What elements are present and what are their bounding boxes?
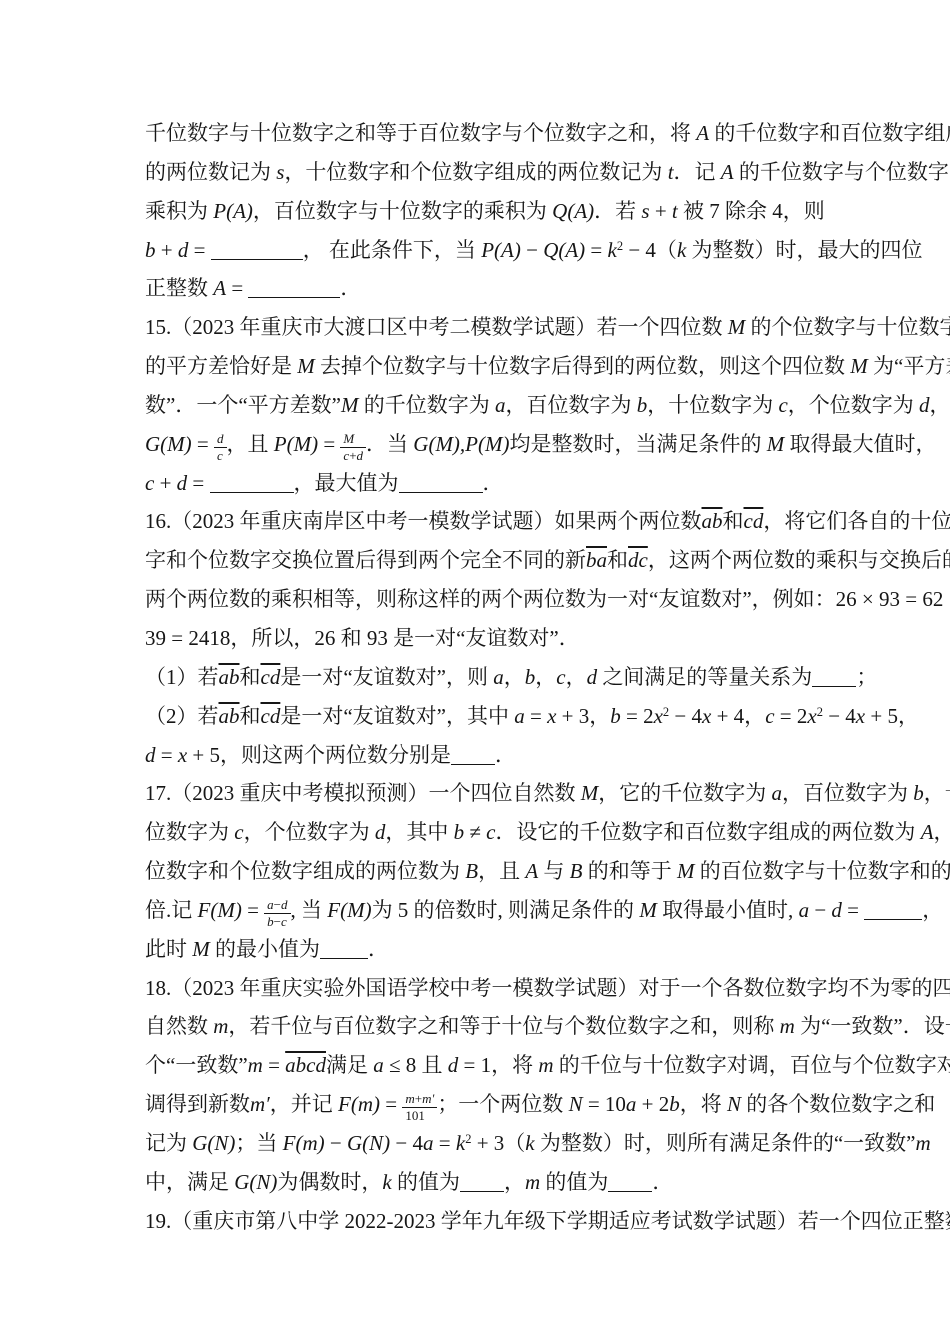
math-variable: m [213, 1014, 228, 1038]
text-run: = [585, 238, 607, 262]
text-run: 数”．一个“平方差数” [145, 393, 341, 417]
text-run: − [274, 897, 281, 912]
text-run: ，百位数字为 [782, 781, 913, 805]
fraction: dc [214, 432, 227, 463]
answer-blank [399, 488, 483, 493]
text-run: 的值为 [540, 1170, 608, 1194]
text-run: = 1，将 [458, 1053, 538, 1077]
text-run: + [349, 448, 356, 463]
math-variable: P(A) [481, 238, 521, 262]
math-variable: m [248, 1053, 263, 1077]
text-run: − 4 [669, 704, 702, 728]
p14-line4: b + d = ， 在此条件下，当 P(A) − Q(A) = k2 − 4（k… [145, 231, 813, 270]
math-variable: a [799, 898, 810, 922]
math-variable: c [778, 393, 787, 417]
math-variable: c [145, 471, 154, 495]
math-variable: m [405, 1091, 414, 1106]
text-run: 为整数）时，则所有满足条件的“一致数” [535, 1131, 916, 1155]
text-run: 15.（2023 年重庆市大渡口区中考二模数学试题）若一个四位数 [145, 315, 728, 339]
text-run: 的各个数位数字之和 [741, 1092, 935, 1116]
overline-number: ab [702, 509, 723, 533]
math-variable: dc [628, 548, 648, 572]
text-run: 为“平方差 [868, 354, 950, 378]
fraction-numerator: M [340, 432, 366, 447]
text-run: 字和个位数字交换位置后得到两个完全不同的新 [145, 548, 586, 572]
text-run: ． [495, 743, 516, 767]
math-variable: F(M) [198, 898, 242, 922]
math-variable: A [213, 276, 226, 300]
fraction: m+m′101 [402, 1092, 437, 1123]
text-run: 之间满足的等量关系为 [597, 665, 812, 689]
text-run: = [318, 432, 340, 456]
text-run: + [156, 238, 178, 262]
math-variable: k [525, 1131, 534, 1155]
overline-number: cd [261, 665, 281, 689]
text-run: ，将它们各自的十位数 [763, 509, 950, 533]
text-run: 调得到新数 [145, 1092, 250, 1116]
text-run: − 4（ [623, 238, 677, 262]
math-variable: cd [261, 704, 281, 728]
text-run: 为“一致数”．设一 [795, 1014, 950, 1038]
math-variable: c [281, 914, 287, 929]
math-variable: a [493, 665, 504, 689]
p18-line4: 调得到新数m′，并记 F(m) = m+m′101；一个两位数 N = 10a … [145, 1085, 813, 1124]
math-variable: N [727, 1092, 741, 1116]
math-variable: d [178, 238, 189, 262]
math-variable: Q(A) [552, 199, 594, 223]
math-variable: ab [702, 509, 723, 533]
math-variable: x [807, 704, 816, 728]
math-variable: P(A) [213, 199, 253, 223]
text-run: = 10 [583, 1092, 626, 1116]
text-run: + 5， [865, 704, 919, 728]
text-run: 和 [240, 704, 261, 728]
text-run: ， [504, 665, 525, 689]
math-variable: d [375, 820, 386, 844]
math-variable: G(N) [192, 1131, 235, 1155]
math-variable: B [465, 859, 478, 883]
text-run: + 5，则这两个两位数分别是 [187, 743, 451, 767]
fraction-denominator: 101 [402, 1107, 437, 1123]
math-variable: k [608, 238, 617, 262]
math-variable: b [637, 393, 648, 417]
text-run: ，十 [924, 781, 950, 805]
math-variable: x [856, 704, 865, 728]
text-run: 为整数）时，最大的四位 [686, 238, 922, 262]
math-variable: A [525, 859, 538, 883]
math-variable: c [234, 820, 243, 844]
text-run: , 当 [291, 898, 328, 922]
math-variable: d [177, 471, 188, 495]
overline-number: cd [744, 509, 764, 533]
math-variable: d [145, 743, 156, 767]
text-run: ，且 [227, 432, 274, 456]
text-run: 17.（2023 重庆中考模拟预测）一个四位自然数 [145, 781, 581, 805]
p14-line2: 的两位数记为 s，十位数字和个位数字组成的两位数记为 t．记 A 的千位数字与个… [145, 153, 813, 192]
math-variable: F(m) [338, 1092, 380, 1116]
math-variable: abcd [285, 1053, 326, 1077]
math-variable: cd [744, 509, 764, 533]
p16-line3: 两个两位数的乘积相等，则称这样的两个两位数为一对“友谊数对”，例如：26 × 9… [145, 580, 813, 619]
math-variable: A [721, 160, 734, 184]
text-run: ，且 [478, 859, 525, 883]
math-variable: G(M),P(M) [413, 432, 509, 456]
text-run: ≤ 8 且 [384, 1053, 448, 1077]
math-variable: B [570, 859, 583, 883]
p15-line5: c + d = ，最大值为． [145, 464, 813, 503]
math-variable: x [178, 743, 187, 767]
p16-part2-line2: d = x + 5，则这两个两位数分别是． [145, 736, 813, 775]
text-run: 位数字为 [145, 820, 234, 844]
text-run: − [274, 914, 281, 929]
document-body: 千位数字与十位数字之和等于百位数字与个位数字之和，将 A 的千位数字和百位数字组… [145, 114, 813, 1240]
text-run: = [156, 743, 178, 767]
text-run: − 4 [823, 704, 856, 728]
text-run: + [154, 471, 176, 495]
text-run: ， [566, 665, 587, 689]
math-variable: M [192, 937, 210, 961]
fraction-numerator: d [214, 432, 227, 447]
text-run: = 2 [775, 704, 808, 728]
text-run: ． [368, 937, 389, 961]
text-run: ，它的千位数字为 [598, 781, 771, 805]
text-run: = [263, 1053, 285, 1077]
math-variable: x [547, 704, 556, 728]
text-run: ，十位数字为 [647, 393, 778, 417]
text-run: 和 [240, 665, 261, 689]
text-run: 的和等于 [582, 859, 677, 883]
text-run: ．当 [366, 432, 413, 456]
math-variable: a [423, 1131, 434, 1155]
text-run: 个“一致数” [145, 1053, 248, 1077]
text-run: 乘积为 [145, 199, 213, 223]
text-run: = [242, 898, 264, 922]
text-run: ，个位数字为 [788, 393, 919, 417]
math-variable: m′ [422, 1091, 434, 1106]
text-run: ，并记 [270, 1092, 338, 1116]
math-variable: N [569, 1092, 583, 1116]
text-run: 正整数 [145, 276, 213, 300]
math-variable: b [525, 665, 536, 689]
answer-blank [460, 1187, 504, 1192]
fraction-numerator: m+m′ [402, 1092, 437, 1107]
math-variable: P(M) [274, 432, 318, 456]
math-variable: M [343, 431, 354, 446]
p19-line1: 19.（重庆市第八中学 2022-2023 学年九年级下学期适应考试数学试题）若… [145, 1202, 813, 1241]
math-variable: a [626, 1092, 637, 1116]
text-run: 被 7 除余 4，则 [678, 199, 825, 223]
text-run: 的千位数字为 [358, 393, 495, 417]
text-run: − [521, 238, 543, 262]
math-variable: F(m) [283, 1131, 325, 1155]
fraction-denominator: c+d [340, 447, 366, 463]
answer-blank [211, 255, 303, 260]
text-run: 千位数字与十位数字之和等于百位数字与个位数字之和，将 [145, 121, 696, 145]
math-variable: ab [219, 704, 240, 728]
text-run: 18.（2023 年重庆实验外国语学校中考一模数学试题）对于一个各数位数字均不为… [145, 976, 950, 1000]
p15-line3: 数”．一个“平方差数”M 的千位数字为 a，百位数字为 b，十位数字为 c，个位… [145, 386, 813, 425]
answer-blank [248, 293, 340, 298]
p16-line2: 字和个位数字交换位置后得到两个完全不同的新ba和dc，这两个两位数的乘积与交换后… [145, 541, 813, 580]
fraction: a−db−c [264, 898, 290, 929]
math-variable: A [921, 820, 934, 844]
text-run: 的个位数字与十位数字 [745, 315, 950, 339]
text-run: ，百位数字与十位数字的乘积为 [253, 199, 552, 223]
math-variable: s [641, 199, 649, 223]
math-variable: b [913, 781, 924, 805]
p18-line3: 个“一致数”m = abcd满足 a ≤ 8 且 d = 1，将 m 的千位与十… [145, 1046, 813, 1085]
math-variable: k [456, 1131, 465, 1155]
p18-line5: 记为 G(N)；当 F(m) − G(N) − 4a = k2 + 3（k 为整… [145, 1124, 813, 1163]
math-variable: m [538, 1053, 553, 1077]
math-variable: M [341, 393, 359, 417]
text-run: （1）若 [145, 665, 219, 689]
p16-line4: 39 = 2418，所以，26 和 93 是一对“友谊数对”． [145, 619, 813, 658]
text-run: 取得最小值时, [657, 898, 799, 922]
math-variable: Q(A) [543, 238, 585, 262]
math-variable: m [525, 1170, 540, 1194]
fraction-denominator: b−c [264, 913, 290, 929]
math-variable: G(M) [145, 432, 192, 456]
text-run: 的千位数字和百位数字组成 [709, 121, 950, 145]
answer-blank [864, 915, 922, 920]
text-run: ．若 [594, 199, 641, 223]
p14-line3: 乘积为 P(A)，百位数字与十位数字的乘积为 Q(A)．若 s + t 被 7 … [145, 192, 813, 231]
text-run: 与 [538, 859, 570, 883]
answer-blank [812, 682, 856, 687]
math-variable: m [916, 1131, 931, 1155]
math-variable: c [217, 448, 223, 463]
p16-line1: 16.（2023 年重庆南岸区中考一模数学试题）如果两个两位数ab和cd，将它们… [145, 502, 813, 541]
math-variable: k [677, 238, 686, 262]
p17-line4: 倍.记 F(M) = a−db−c, 当 F(M)为 5 的倍数时, 则满足条件… [145, 891, 813, 930]
text-run: + 3（ [471, 1131, 525, 1155]
text-run: = [187, 471, 209, 495]
text-run: − 4 [390, 1131, 423, 1155]
overline-number: ba [586, 548, 607, 572]
text-run: = [525, 704, 547, 728]
math-variable: a [514, 704, 525, 728]
text-run: 的千位与十位数字对调，百位与个位数字对 [554, 1053, 950, 1077]
text-run: ，记 [930, 393, 950, 417]
math-variable: b [669, 1092, 680, 1116]
text-run: 自然数 [145, 1014, 213, 1038]
text-run: ．设它的千位数字和百位数字组成的两位数为 [495, 820, 920, 844]
math-variable: a [495, 393, 506, 417]
text-run: ，这两个两位数的乘积与交换后的 [648, 548, 950, 572]
math-variable: c [556, 665, 565, 689]
text-run: 满足 [326, 1053, 373, 1077]
fraction: Mc+d [340, 432, 366, 463]
text-run: 的值为 [392, 1170, 460, 1194]
text-run: 此时 [145, 937, 192, 961]
math-variable: M [767, 432, 785, 456]
text-run: 和 [607, 548, 628, 572]
text-run: 的最小值为 [210, 937, 320, 961]
p18-line6: 中，满足 G(N)为偶数时，k 的值为，m 的值为． [145, 1163, 813, 1202]
text-run: ， [504, 1170, 525, 1194]
math-variable: d [281, 897, 288, 912]
overline-number: dc [628, 548, 648, 572]
math-variable: M [850, 354, 868, 378]
text-run: 取得最大值时， [784, 432, 936, 456]
text-run: + 4， [711, 704, 765, 728]
math-variable: x [654, 704, 663, 728]
text-run: = [188, 238, 210, 262]
math-variable: M [297, 354, 315, 378]
math-variable: F(M) [327, 898, 371, 922]
text-run: ． [483, 471, 504, 495]
text-run: 16.（2023 年重庆南岸区中考一模数学试题）如果两个两位数 [145, 509, 702, 533]
p17-line5: 此时 M 的最小值为． [145, 930, 813, 969]
math-variable: d [217, 431, 224, 446]
text-run: ， [922, 898, 943, 922]
text-run: 的千位数字与个位数字的 [734, 160, 950, 184]
text-run: + [650, 199, 672, 223]
overline-number: ab [219, 704, 240, 728]
text-run: + 2 [636, 1092, 669, 1116]
p17-line1: 17.（2023 重庆中考模拟预测）一个四位自然数 M，它的千位数字为 a，百位… [145, 774, 813, 813]
math-variable: d [357, 448, 364, 463]
text-run: ，其中 [385, 820, 453, 844]
p17-line2: 位数字为 c，个位数字为 d，其中 b ≠ c．设它的千位数字和百位数字组成的两… [145, 813, 813, 852]
math-variable: m′ [250, 1092, 270, 1116]
text-run: ，百位数字为 [505, 393, 636, 417]
text-run: ，最大值为 [294, 471, 399, 495]
fraction-numerator: a−d [264, 898, 290, 913]
fraction-denominator: c [214, 447, 227, 463]
text-run: = [380, 1092, 402, 1116]
document-page: 千位数字与十位数字之和等于百位数字与个位数字之和，将 A 的千位数字和百位数字组… [0, 0, 950, 1344]
text-run: = [192, 432, 214, 456]
text-run: = [226, 276, 248, 300]
overline-number: abcd [285, 1053, 326, 1077]
math-variable: M [639, 898, 657, 922]
math-variable: c [765, 704, 774, 728]
math-variable: M [581, 781, 599, 805]
text-run: ，若千位与百位数字之和等于十位与个数位数字之和，则称 [228, 1014, 779, 1038]
math-variable: m [780, 1014, 795, 1038]
p15-line2: 的平方差恰好是 M 去掉个位数字与十位数字后得到的两位数，则这个四位数 M 为“… [145, 347, 813, 386]
math-variable: d [919, 393, 930, 417]
p16-part1: （1）若ab和cd是一对“友谊数对”，则 a，b，c，d 之间满足的等量关系为； [145, 658, 813, 697]
text-run: 39 = 2418，所以，26 和 93 是一对“友谊数对”． [145, 626, 580, 650]
math-variable: b [610, 704, 621, 728]
math-variable: A [696, 121, 709, 145]
answer-blank [608, 1187, 652, 1192]
text-run: ，个位数字为 [244, 820, 375, 844]
text-run: = 2 [621, 704, 654, 728]
text-run: ；当 [235, 1131, 282, 1155]
text-run: ；一个两位数 [437, 1092, 568, 1116]
math-variable: b [145, 238, 156, 262]
text-run: ， [535, 665, 556, 689]
text-run: 的百位数字与十位数字和的 10 [694, 859, 950, 883]
text-run: ，十 [934, 820, 950, 844]
p18-line1: 18.（2023 年重庆实验外国语学校中考一模数学试题）对于一个各数位数字均不为… [145, 969, 813, 1008]
p16-part2: （2）若ab和cd是一对“友谊数对”，其中 a = x + 3，b = 2x2 … [145, 697, 813, 736]
overline-number: cd [261, 704, 281, 728]
text-run: + 3， [556, 704, 610, 728]
text-run: ，十位数字和个位数字组成的两位数记为 [284, 160, 667, 184]
text-run: − [325, 1131, 347, 1155]
math-variable: d [831, 898, 842, 922]
text-run: ， 在此条件下，当 [303, 238, 482, 262]
text-run: 两个两位数的乘积相等，则称这样的两个两位数为一对“友谊数对”，例如：26 × 9… [145, 587, 950, 611]
p14-line5: 正整数 A = ． [145, 269, 813, 308]
math-variable: cd [261, 665, 281, 689]
text-run: = [434, 1131, 456, 1155]
math-variable: a [373, 1053, 384, 1077]
text-run: ． [340, 276, 361, 300]
text-run: 倍.记 [145, 898, 198, 922]
math-variable: M [728, 315, 746, 339]
text-run: 是一对“友谊数对”，其中 [280, 704, 514, 728]
math-variable: d [587, 665, 598, 689]
p18-line2: 自然数 m，若千位与百位数字之和等于十位与个数位数字之和，则称 m 为“一致数”… [145, 1007, 813, 1046]
answer-blank [320, 954, 368, 959]
text-run: （2）若 [145, 704, 219, 728]
answer-blank [210, 488, 294, 493]
p17-line3: 位数字和个位数字组成的两位数为 B，且 A 与 B 的和等于 M 的百位数字与十… [145, 852, 813, 891]
math-variable: b [454, 820, 465, 844]
text-run: 的两位数记为 [145, 160, 276, 184]
text-run: ≠ [464, 820, 486, 844]
p15-line4: G(M) = dc，且 P(M) = Mc+d．当 G(M),P(M)均是整数时… [145, 425, 813, 464]
text-run: − [809, 898, 831, 922]
text-run: 位数字和个位数字组成的两位数为 [145, 859, 465, 883]
text-run: ． [652, 1170, 673, 1194]
text-run: 为 5 的倍数时, 则满足条件的 [372, 898, 640, 922]
math-variable: G(N) [234, 1170, 277, 1194]
text-run: 是一对“友谊数对”，则 [280, 665, 493, 689]
math-variable: a [772, 781, 783, 805]
text-run: 19.（重庆市第八中学 2022-2023 学年九年级下学期适应考试数学试题）若… [145, 1209, 950, 1233]
answer-blank [451, 760, 495, 765]
text-run: 中，满足 [145, 1170, 234, 1194]
text-run: + [415, 1091, 422, 1106]
math-variable: ab [219, 665, 240, 689]
overline-number: ab [219, 665, 240, 689]
text-run: 记为 [145, 1131, 192, 1155]
text-run: ，将 [680, 1092, 727, 1116]
p15-line1: 15.（2023 年重庆市大渡口区中考二模数学试题）若一个四位数 M 的个位数字… [145, 308, 813, 347]
p14-line1: 千位数字与十位数字之和等于百位数字与个位数字之和，将 A 的千位数字和百位数字组… [145, 114, 813, 153]
text-run: 均是整数时，当满足条件的 [509, 432, 766, 456]
text-run: = [842, 898, 864, 922]
text-run: 的平方差恰好是 [145, 354, 297, 378]
math-variable: G(N) [347, 1131, 390, 1155]
math-variable: k [382, 1170, 391, 1194]
math-variable: ba [586, 548, 607, 572]
text-run: ．记 [674, 160, 721, 184]
text-run: 去掉个位数字与十位数字后得到的两位数，则这个四位数 [315, 354, 851, 378]
math-variable: x [702, 704, 711, 728]
math-variable: d [448, 1053, 459, 1077]
text-run: 为偶数时， [277, 1170, 382, 1194]
text-run: ； [856, 665, 877, 689]
math-variable: M [677, 859, 695, 883]
text-run: 101 [405, 1108, 425, 1123]
text-run: 和 [723, 509, 744, 533]
